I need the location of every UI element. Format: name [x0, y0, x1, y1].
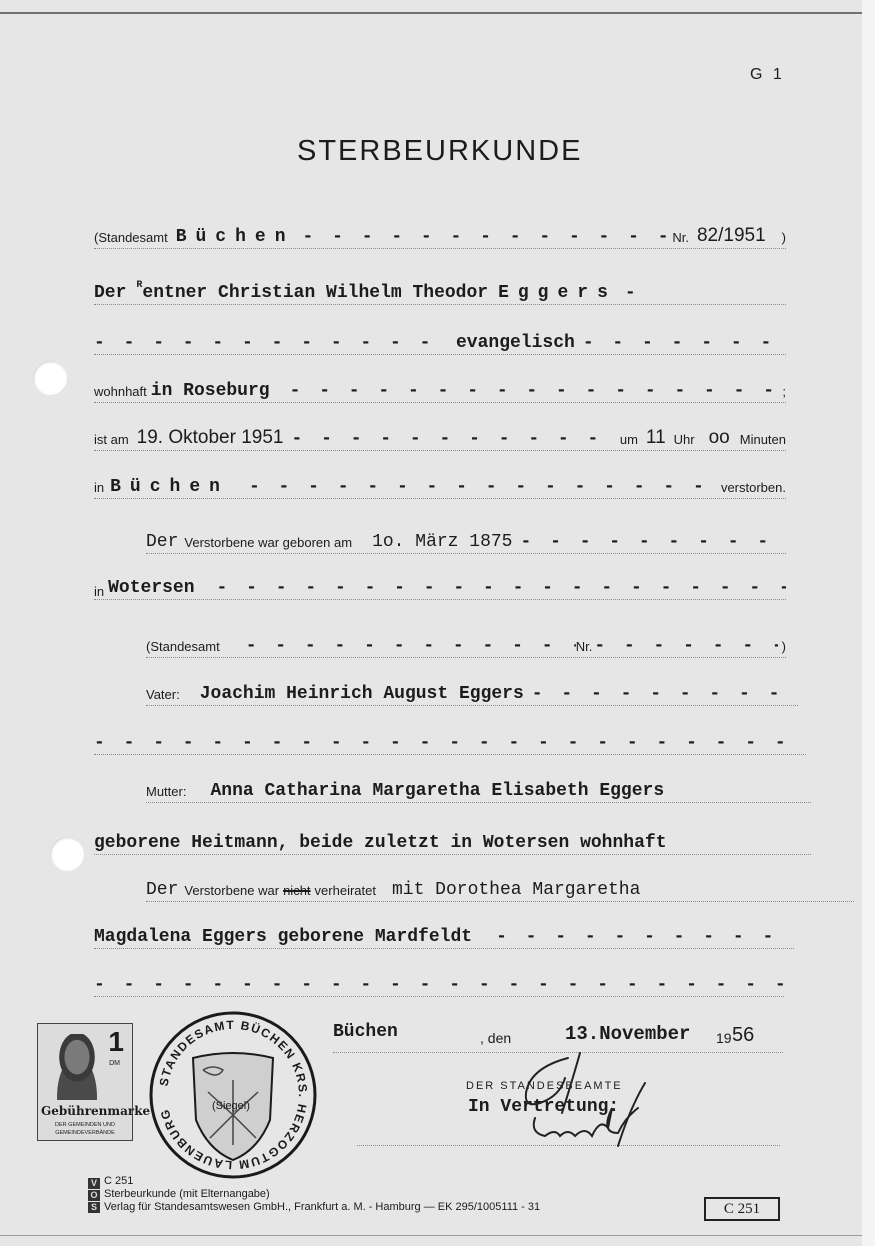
label-geboren: Verstorbene war geboren am: [184, 535, 352, 553]
dash-fill: - - - - - - - - - - - - - - - - - - - - …: [496, 927, 794, 948]
death-date: 19. Oktober 1951: [137, 427, 284, 450]
spouse-line-2: Magdalena Eggers geborene Mardfeldt: [94, 927, 472, 948]
dash-fill: - - - - - - - - - - - - - - - - - - - - …: [94, 975, 784, 996]
punch-hole: [33, 361, 67, 395]
label-uhr: Uhr: [674, 432, 695, 450]
label-wohnhaft: wohnhaft: [94, 384, 147, 402]
fee-stamp: 1 DM Gebührenmarke DER GEMEINDEN UND GEM…: [37, 1023, 133, 1141]
label-minuten: Minuten: [740, 432, 786, 450]
religion-line: - - - - - - - - - - - - - - - - - - - - …: [94, 328, 786, 355]
dash-fill: - - - - - - - - - - - - - - - - - - - - …: [217, 578, 786, 599]
deceased-name-line: Der R entner Christian Wilhelm Theodor E…: [94, 278, 786, 305]
article: Der: [146, 880, 178, 901]
blank-line: - - - - - - - - - - - - - - - - - - - - …: [94, 728, 806, 755]
portrait-image: [46, 1034, 108, 1100]
dash-fill: - - - - - - - - - - - - - - - - - - - - …: [292, 429, 614, 450]
label-in: in: [94, 480, 104, 498]
religion: evangelisch: [456, 333, 575, 354]
label-vater: Vater:: [146, 687, 180, 705]
logo-letter: O: [88, 1190, 100, 1201]
dash-fill: - - - - - - - - - - - - - - - - - - - - …: [532, 684, 798, 705]
mother-line-2: geborene Heitmann, beide zuletzt in Wote…: [94, 828, 811, 855]
birth-registry-line: (Standesamt - - - - - - - - - - - - - - …: [146, 631, 786, 658]
document-title: STERBEURKUNDE: [297, 135, 582, 168]
dash-fill: - - - - - - - - - - - - - - - - - - - - …: [290, 381, 773, 402]
residence-line: wohnhaft in Roseburg - - - - - - - - - -…: [94, 376, 786, 403]
spouse-line: Magdalena Eggers geborene Mardfeldt - - …: [94, 922, 794, 949]
bracket: ): [782, 230, 786, 248]
publisher-logo: V O S: [88, 1178, 100, 1214]
article: Der: [94, 283, 126, 304]
label-verstorben: verstorben.: [721, 480, 786, 498]
deceased-surname: Eggers: [498, 283, 617, 304]
birth-date: 1o. März 1875: [372, 532, 512, 553]
label-standesamt: (Standesamt: [146, 639, 220, 657]
stamp-name: Gebührenmarke: [41, 1104, 150, 1118]
label-nr: Nr.: [672, 230, 689, 248]
label-den: , den: [480, 1030, 511, 1046]
stamp-unit: DM: [109, 1060, 120, 1067]
punch-hole: [50, 837, 84, 871]
death-minutes: oo: [709, 427, 730, 450]
death-place: Büchen: [110, 477, 229, 498]
issue-year-suffix: 56: [732, 1024, 754, 1047]
form-title: Sterbeurkunde (mit Elternangabe): [104, 1188, 270, 1200]
spouse-line-1: mit Dorothea Margaretha: [392, 880, 640, 901]
stamp-value: 1: [108, 1026, 124, 1058]
dash-fill: - - - - - - - - - - - - - - - - - - - - …: [521, 532, 787, 553]
dash-fill: - - - - - - - - - - - - - - - - - - - - …: [94, 333, 434, 354]
official-seal: STANDESAMT BÜCHEN KRS. HERZOGTUM LAUENBU…: [148, 1010, 318, 1180]
form-id: G 1: [750, 66, 785, 84]
publisher-info: Verlag für Standesamtswesen GmbH., Frank…: [104, 1201, 540, 1213]
label-um: um: [620, 432, 638, 450]
label-verstorbene-war: Verstorbene war: [184, 883, 279, 901]
dash-fill: - - - - - - - - - - - - - - - - - - - - …: [94, 733, 806, 754]
residence: in Roseburg: [151, 381, 270, 402]
death-hour: 11: [646, 427, 666, 450]
seal-center-text: (Siegel): [212, 1100, 250, 1112]
father-name: Joachim Heinrich August Eggers: [200, 684, 524, 705]
bracket: ): [782, 639, 786, 657]
label-ist-am: ist am: [94, 432, 129, 450]
certificate-page: G 1 STERBEURKUNDE (Standesamt Büchen - -…: [0, 0, 862, 1246]
stamp-subtitle-2: GEMEINDEVERBÄNDE: [38, 1130, 132, 1136]
dash-fill: -: [625, 283, 640, 304]
page-bottom-edge: [0, 1235, 862, 1236]
struck-nicht: nicht: [283, 883, 310, 901]
logo-letter: S: [88, 1202, 100, 1213]
mother-name: Anna Catharina Margaretha Elisabeth Egge…: [210, 781, 664, 802]
dash-fill: - - - - - - - - - - - - - - - - - - - - …: [583, 333, 786, 354]
birth-place-line: in Wotersen - - - - - - - - - - - - - - …: [94, 573, 786, 600]
label-standesamt: (Standesamt: [94, 230, 168, 248]
blank-line: - - - - - - - - - - - - - - - - - - - - …: [94, 970, 784, 997]
death-datetime-line: ist am 19. Oktober 1951 - - - - - - - - …: [94, 424, 786, 451]
register-line: (Standesamt Büchen - - - - - - - - - - -…: [94, 222, 786, 249]
scan-edge: [862, 0, 875, 1246]
page-top-edge: [0, 12, 862, 14]
issue-year-prefix: 19: [716, 1030, 732, 1046]
birth-date-line: Der Verstorbene war geboren am 1o. März …: [146, 527, 786, 554]
label-in: in: [94, 584, 104, 599]
issue-place: Büchen: [333, 1022, 398, 1042]
stamp-subtitle-1: DER GEMEINDEN UND: [38, 1122, 132, 1128]
dash-fill: - - - - - - - - - - - - - - - - - - - - …: [249, 477, 707, 498]
mother-maiden-name: geborene Heitmann, beide zuletzt in Wote…: [94, 833, 667, 854]
issue-date: 13.November: [565, 1023, 690, 1045]
label-mutter: Mutter:: [146, 784, 186, 802]
logo-letter: V: [88, 1178, 100, 1189]
form-code-box: C 251: [704, 1197, 780, 1221]
article: Der: [146, 532, 178, 553]
handwritten-signature: [500, 1048, 660, 1158]
death-place-line: in Büchen - - - - - - - - - - - - - - - …: [94, 472, 786, 499]
dash-fill: - - - - - - - - - - - - - - - - - - - - …: [594, 636, 777, 657]
marriage-line: Der Verstorbene war nicht verheiratet mi…: [146, 875, 854, 902]
register-office: Büchen: [176, 227, 295, 248]
deceased-name: entner Christian Wilhelm Theodor: [142, 283, 488, 304]
dash-fill: - - - - - - - - - - - - - - - - - - - - …: [303, 227, 667, 248]
birth-place: Wotersen: [108, 578, 194, 599]
register-number: 82/1951: [697, 225, 766, 248]
father-line: Vater: Joachim Heinrich August Eggers - …: [146, 679, 798, 706]
semicolon: ;: [782, 384, 786, 402]
label-nr: Nr.: [576, 639, 593, 657]
label-verheiratet: verheiratet: [315, 883, 376, 901]
dash-fill: - - - - - - - - - - - - - - - - - - - - …: [246, 636, 576, 657]
mother-line: Mutter: Anna Catharina Margaretha Elisab…: [146, 776, 811, 803]
form-code: C 251: [104, 1175, 133, 1187]
